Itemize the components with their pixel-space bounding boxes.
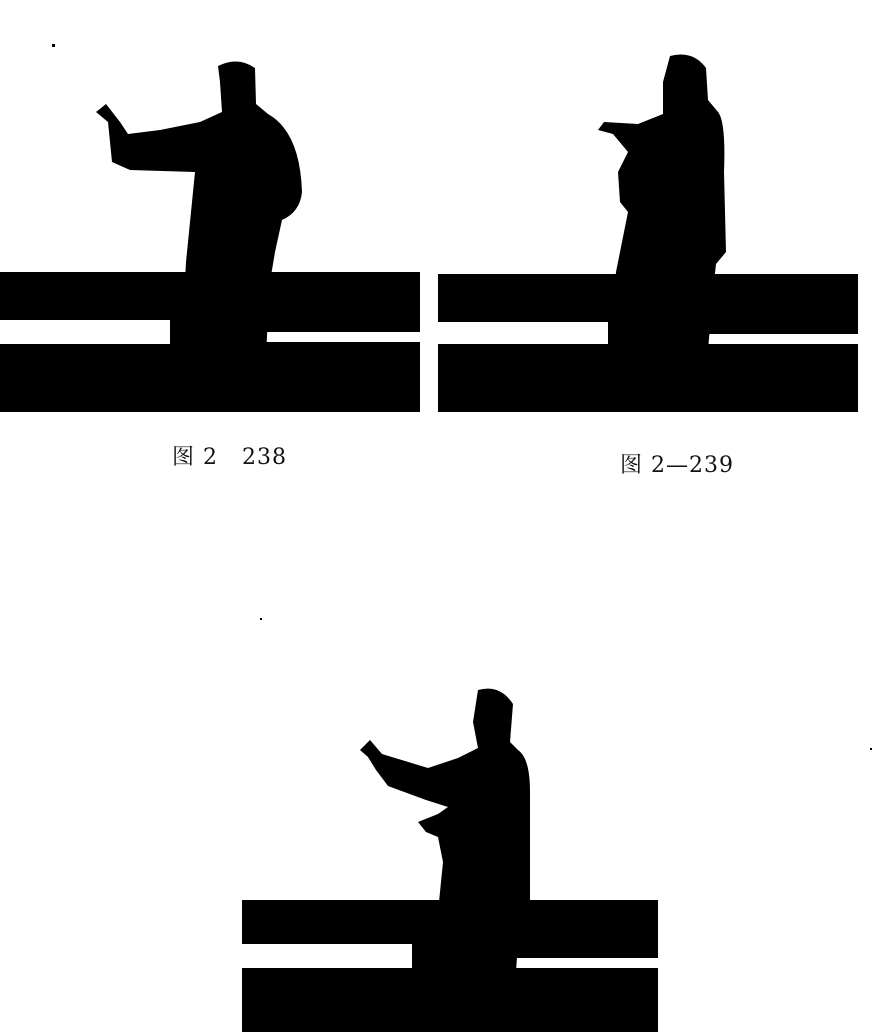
practitioner-silhouette-240 (238, 682, 658, 1032)
scan-speck (52, 44, 55, 47)
practitioner-silhouette-238 (0, 52, 420, 412)
scan-speck (870, 748, 872, 750)
figure-photo-238 (0, 52, 420, 412)
figure-caption-238: 图 2 238 (172, 440, 287, 471)
figure-caption-239: 图 2—239 (620, 448, 734, 479)
scan-speck (260, 618, 262, 620)
practitioner-silhouette-239 (438, 52, 858, 412)
figure-photo-240 (238, 682, 658, 1032)
figure-photo-239 (438, 52, 858, 412)
